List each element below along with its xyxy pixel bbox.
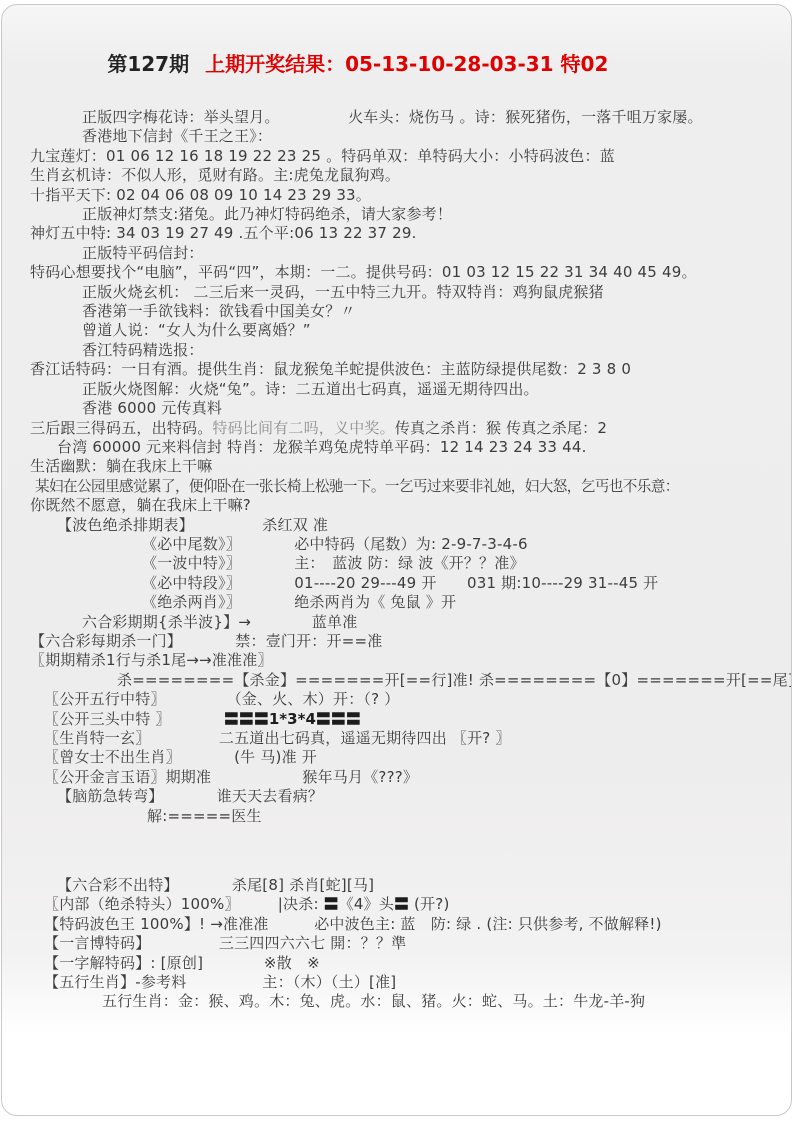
text-line: 《一波中特》〗 主： 蓝波 防：绿 波《开？？准》	[2, 554, 791, 573]
text-segment: 三后跟三得码五，出特码。	[30, 419, 212, 437]
text-line: 解:=====医生	[2, 807, 791, 826]
text-segment: 〖生肖特一玄〗 二五道出七码真，遥遥无期待四出 〖开? 〗	[44, 729, 511, 747]
text-line: 杀========【杀金】=======开[==行]准! 杀========【0…	[2, 671, 791, 690]
text-segment: 【一字解特码】: [原创] ※散 ※	[44, 954, 320, 972]
text-segment: 六合彩期期{杀半波}】→ 蓝单准	[82, 613, 357, 631]
text-segment: 【一言博特码】 三三四四六六七 開：？？準	[44, 934, 406, 952]
tip-sheet-page: 第127期上期开奖结果：05-13-10-28-03-31 特02 正版四字梅花…	[1, 4, 792, 1116]
text-line: 香港 6000 元传真料	[2, 399, 791, 418]
text-line: 特码心想要找个“电脑”，平码“四”，本期：一二。提供号码：01 03 12 15…	[2, 263, 791, 282]
text-segment: 〓〓〓1*3*4〓〓〓	[224, 710, 361, 728]
text-line: 正版神灯禁支:猪兔。此乃神灯特码绝杀，请大家参考！	[2, 205, 791, 224]
text-segment: 传真之杀肖：猴 传真之杀尾：2	[395, 419, 607, 437]
text-segment: 杀========【杀金】=======开[==行]准! 杀========【0…	[117, 671, 792, 689]
text-line: 正版火烧玄机： 二三后来一灵码，一五中特三九开。特双特肖：鸡狗鼠虎猴猪	[2, 283, 791, 302]
text-segment: 正版火烧图解：火烧“兔”。诗：二五道出七码真，遥遥无期待四出。	[82, 380, 539, 398]
text-segment: 〓	[324, 895, 339, 913]
text-segment: 九宝莲灯：01 06 12 16 18 19 22 23 25 。特码单双：单特…	[30, 147, 615, 165]
text-line: 九宝莲灯：01 06 12 16 18 19 22 23 25 。特码单双：单特…	[2, 147, 791, 166]
text-line: 【特码波色王 100%】! →准准准 必中波色主: 蓝 防: 绿 . (注: 只…	[2, 915, 791, 934]
text-line: 【一字解特码】: [原创] ※散 ※	[2, 954, 791, 973]
text-segment: 〓	[394, 895, 409, 913]
text-segment: 曾道人说：“女人为什么要离婚？”	[82, 321, 311, 339]
text-segment: 正版特平码信封：	[82, 244, 204, 262]
text-segment: 〖内部（绝杀特头）100%〗 |决杀:	[44, 895, 324, 913]
text-line: 〖公开三头中特 〗 〓〓〓1*3*4〓〓〓	[2, 710, 791, 729]
text-line: 正版火烧图解：火烧“兔”。诗：二五道出七码真，遥遥无期待四出。	[2, 380, 791, 399]
text-segment: 〖公开三头中特 〗	[44, 710, 224, 728]
text-line: 〖公开金言玉语〗期期准 猴年马月《???》	[2, 768, 791, 787]
text-line: 【波色绝杀排期表】 杀红双 准	[2, 516, 791, 535]
text-segment: 正版火烧玄机： 二三后来一灵码，一五中特三九开。特双特肖：鸡狗鼠虎猴猪	[82, 283, 604, 301]
text-line: 曾道人说：“女人为什么要离婚？”	[2, 321, 791, 340]
text-segment: 〖公开五行中特〗 （金、火、木）开：（? ）	[44, 690, 399, 708]
text-line: 生活幽默：躺在我床上干嘛	[2, 457, 791, 476]
text-line: 三后跟三得码五，出特码。特码比间有二吗，义中奖。传真之杀肖：猴 传真之杀尾：2	[2, 419, 791, 438]
text-segment: 《4》头	[339, 895, 394, 913]
text-line: 香江话特码：一日有酒。提供生肖：鼠龙猴兔羊蛇提供波色：主蓝防绿提供尾数：2 3 …	[2, 360, 791, 379]
text-line: 〖期期精杀1行与杀1尾→→准准准〗	[2, 651, 791, 670]
text-segment: 台湾 60000 元来料信封 特肖：龙猴羊鸡兔虎特单平码：12 14 23 24…	[57, 438, 587, 456]
text-segment: 正版四字梅花诗：举头望月。 火车头：烧伤马 。诗：猴死猪伤，一落千咀万家屡。	[82, 108, 703, 126]
text-line: 生肖玄机诗：不似人形，觅财有路。主:虎兔龙鼠狗鸡。	[2, 166, 791, 185]
text-line: 台湾 60000 元来料信封 特肖：龙猴羊鸡兔虎特单平码：12 14 23 24…	[2, 438, 791, 457]
last-draw-result: 上期开奖结果：05-13-10-28-03-31 特02	[205, 52, 608, 76]
text-line: 《必中尾数》〗 必中特码（尾数）为: 2-9-7-3-4-6	[2, 535, 791, 554]
text-segment: 香港第一手欲钱料：欲钱看中国美女？〃	[82, 302, 356, 320]
text-line: 神灯五中特: 34 03 19 27 49 .五个平:06 13 22 37 2…	[2, 224, 791, 243]
text-segment: 《必中特段》〗 01----20 29---49 开 031 期:10----2…	[142, 574, 658, 592]
text-line: 十指平天下: 02 04 06 08 09 10 14 23 29 33。	[2, 186, 791, 205]
text-line: 〖内部（绝杀特头）100%〗 |决杀: 〓《4》头〓 (开?)	[2, 895, 791, 914]
text-segment: 生活幽默：躺在我床上干嘛	[30, 457, 212, 475]
masthead: 第127期上期开奖结果：05-13-10-28-03-31 特02	[2, 5, 791, 105]
text-line: 香港第一手欲钱料：欲钱看中国美女？〃	[2, 302, 791, 321]
text-segment: 解:=====医生	[147, 807, 262, 825]
text-line: 〖生肖特一玄〗 二五道出七码真，遥遥无期待四出 〖开? 〗	[2, 729, 791, 748]
document-body: 正版四字梅花诗：举头望月。 火车头：烧伤马 。诗：猴死猪伤，一落千咀万家屡。香港…	[2, 105, 791, 1012]
text-segment: 特码比间有二吗，义中奖。	[212, 419, 394, 437]
text-segment: 《一波中特》〗 主： 蓝波 防：绿 波《开？？准》	[142, 554, 525, 572]
text-segment: 生肖玄机诗：不似人形，觅财有路。主:虎兔龙鼠狗鸡。	[30, 166, 400, 184]
text-line: 【六合彩每期杀一门】 禁：壹门开：开==准	[2, 632, 791, 651]
text-line: 五行生肖：金：猴、鸡。木：兔、虎。水：鼠、猪。火：蛇、马。土：牛龙-羊-狗	[2, 992, 791, 1011]
text-segment: 香江话特码：一日有酒。提供生肖：鼠龙猴兔羊蛇提供波色：主蓝防绿提供尾数：2 3 …	[30, 360, 631, 378]
text-segment: 《必中尾数》〗 必中特码（尾数）为: 2-9-7-3-4-6	[142, 535, 528, 553]
text-segment: 香港地下信封《千王之王》：	[82, 127, 272, 145]
text-segment: 正版神灯禁支:猪兔。此乃神灯特码绝杀，请大家参考！	[82, 205, 452, 223]
text-segment: 特码心想要找个“电脑”，平码“四”，本期：一二。提供号码：01 03 12 15…	[30, 263, 697, 281]
text-segment: 神灯五中特: 34 03 19 27 49 .五个平:06 13 22 37 2…	[30, 224, 417, 242]
text-line: 【一言博特码】 三三四四六六七 開：？？準	[2, 934, 791, 953]
text-segment: 【脑筋急转弯】 谁天天去看病？	[57, 787, 323, 805]
text-line: 香港地下信封《千王之王》：	[2, 127, 791, 146]
text-segment: 香江特码精选报：	[82, 341, 204, 359]
text-segment: 【六合彩不出特】 杀尾[8] 杀肖[蛇][马]	[57, 876, 374, 894]
text-line: 六合彩期期{杀半波}】→ 蓝单准	[2, 613, 791, 632]
text-segment: 【六合彩每期杀一门】 禁：壹门开：开==准	[30, 632, 382, 650]
text-segment: 你既然不愿意，躺在我床上干嘛?	[30, 496, 251, 514]
issue-number: 第127期	[107, 52, 189, 76]
text-segment: 十指平天下: 02 04 06 08 09 10 14 23 29 33。	[30, 186, 371, 204]
text-segment: 〖公开金言玉语〗期期准 猴年马月《???》	[44, 768, 418, 786]
text-segment: 〖期期精杀1行与杀1尾→→准准准〗	[30, 651, 273, 669]
text-line: 【五行生肖】-参考料 主：（木）（土）[准]	[2, 973, 791, 992]
text-segment: 五行生肖：金：猴、鸡。木：兔、虎。水：鼠、猪。火：蛇、马。土：牛龙-羊-狗	[102, 992, 645, 1010]
text-line: 正版特平码信封：	[2, 244, 791, 263]
text-line: 你既然不愿意，躺在我床上干嘛?	[2, 496, 791, 515]
text-segment: 【特码波色王 100%】! →准准准 必中波色主: 蓝 防: 绿 . (注: 只…	[44, 915, 662, 933]
text-line: 〖曾女士不出生肖〗 (牛 马)准 开	[2, 748, 791, 767]
text-segment: (开?)	[409, 895, 449, 913]
text-segment: 某妇在公园里感觉累了，便仰卧在一张长椅上松驰一下。一乞丐过来要非礼她，妇大怒，乞…	[35, 478, 679, 495]
text-line: 〖公开五行中特〗 （金、火、木）开：（? ）	[2, 690, 791, 709]
text-line: 某妇在公园里感觉累了，便仰卧在一张长椅上松驰一下。一乞丐过来要非礼她，妇大怒，乞…	[2, 477, 791, 496]
text-segment: 《绝杀两肖》〗 绝杀两肖为《 兔鼠 》开	[142, 593, 456, 611]
text-segment: 【五行生肖】-参考料 主：（木）（土）[准]	[44, 973, 396, 991]
text-line: 正版四字梅花诗：举头望月。 火车头：烧伤马 。诗：猴死猪伤，一落千咀万家屡。	[2, 108, 791, 127]
text-line: 《绝杀两肖》〗 绝杀两肖为《 兔鼠 》开	[2, 593, 791, 612]
text-line: 【六合彩不出特】 杀尾[8] 杀肖[蛇][马]	[2, 876, 791, 895]
text-line: 香江特码精选报：	[2, 341, 791, 360]
text-segment: 【波色绝杀排期表】 杀红双 准	[57, 516, 328, 534]
text-segment: 香港 6000 元传真料	[82, 399, 222, 417]
text-line: 《必中特段》〗 01----20 29---49 开 031 期:10----2…	[2, 574, 791, 593]
text-line: 【脑筋急转弯】 谁天天去看病？	[2, 787, 791, 806]
text-segment: 〖曾女士不出生肖〗 (牛 马)准 开	[44, 748, 317, 766]
